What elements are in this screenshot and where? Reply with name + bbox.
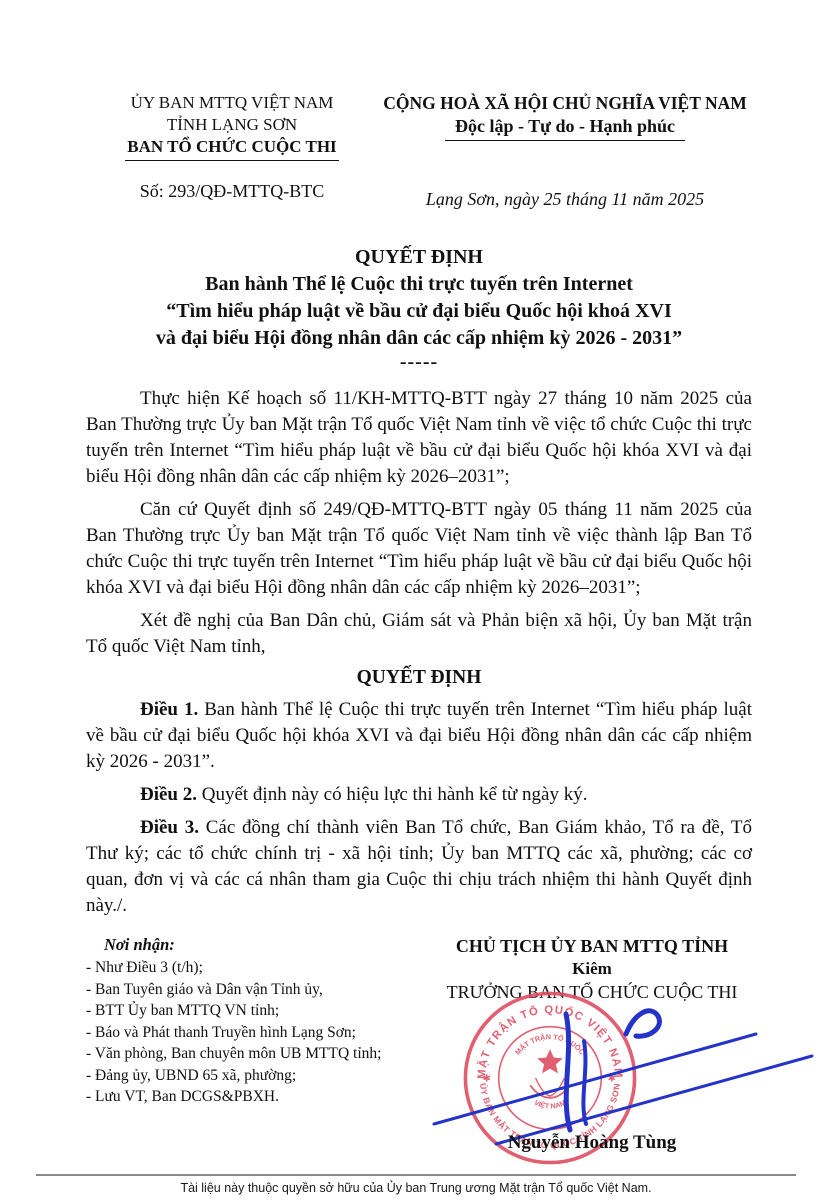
decree-title-heading: QUYẾT ĐỊNH: [86, 244, 752, 271]
title-separator: -----: [86, 352, 752, 372]
recipients-block: Nơi nhận: - Như Điều 3 (t/h); - Ban Tuyê…: [86, 935, 432, 1154]
recipient-item: - Ban Tuyên giáo và Dân vận Tỉnh ủy,: [86, 979, 432, 1001]
article-2-label: Điều 2.: [140, 784, 197, 805]
article-1: Điều 1. Ban hành Thể lệ Cuộc thi trực tu…: [86, 697, 752, 775]
recipient-item: - Văn phòng, Ban chuyên môn UB MTTQ tỉnh…: [86, 1043, 432, 1065]
page-footer: Tài liệu này thuộc quyền sở hữu của Ủy b…: [0, 1174, 832, 1200]
national-motto-block: CỘNG HOÀ XÃ HỘI CHỦ NGHĨA VIỆT NAM Độc l…: [378, 92, 752, 161]
number-date-row: Số: 293/QĐ-MTTQ-BTC Lạng Sơn, ngày 25 th…: [86, 181, 752, 210]
article-3-label: Điều 3.: [140, 817, 199, 838]
national-motto: Độc lập - Tự do - Hạnh phúc: [445, 115, 685, 141]
issuing-agency-block: ỦY BAN MTTQ VIỆT NAM TỈNH LẠNG SƠN BAN T…: [86, 92, 378, 161]
place-date-line: Lạng Sơn, ngày 25 tháng 11 năm 2025: [378, 189, 752, 210]
preamble-paragraph: Thực hiện Kế hoạch số 11/KH-MTTQ-BTT ngà…: [86, 386, 752, 490]
preamble-paragraph: Xét đề nghị của Ban Dân chủ, Giám sát và…: [86, 608, 752, 660]
signer-name: Nguyễn Hoàng Tùng: [432, 1132, 752, 1154]
footer-divider: [36, 1174, 796, 1176]
article-2: Điều 2. Quyết định này có hiệu lực thi h…: [86, 782, 752, 808]
signer-title-2: Kiêm: [432, 958, 752, 980]
decree-title: QUYẾT ĐỊNH Ban hành Thể lệ Cuộc thi trực…: [86, 244, 752, 372]
decree-body: Thực hiện Kế hoạch số 11/KH-MTTQ-BTT ngà…: [86, 386, 752, 919]
agency-line-3: BAN TỔ CHỨC CUỘC THI: [125, 136, 338, 161]
stamp-and-signature-area: MẶT TRẬN TỔ QUỐC VIỆT NAM ỦY BAN MẶT TRẬ…: [432, 1004, 752, 1132]
recipient-item: - BTT Ủy ban MTTQ VN tỉnh;: [86, 1000, 432, 1022]
footer-columns: Nơi nhận: - Như Điều 3 (t/h); - Ban Tuyê…: [86, 935, 752, 1154]
recipient-item: - Đảng ủy, UBND 65 xã, phường;: [86, 1065, 432, 1087]
document-page: ỦY BAN MTTQ VIỆT NAM TỈNH LẠNG SƠN BAN T…: [0, 0, 832, 1200]
recipient-item: - Lưu VT, Ban DCGS&PBXH.: [86, 1086, 432, 1108]
recipient-item: - Như Điều 3 (t/h);: [86, 957, 432, 979]
preamble-paragraph: Căn cứ Quyết định số 249/QĐ-MTTQ-BTT ngà…: [86, 497, 752, 601]
signature-block: CHỦ TỊCH ỦY BAN MTTQ TỈNH Kiêm TRƯỞNG BA…: [432, 935, 752, 1154]
decree-document: ỦY BAN MTTQ VIỆT NAM TỈNH LẠNG SƠN BAN T…: [0, 0, 832, 1154]
document-number: Số: 293/QĐ-MTTQ-BTC: [86, 181, 378, 210]
decision-heading: QUYẾT ĐỊNH: [86, 667, 752, 689]
national-title: CỘNG HOÀ XÃ HỘI CHỦ NGHĨA VIỆT NAM: [378, 92, 752, 115]
signer-title-1: CHỦ TỊCH ỦY BAN MTTQ TỈNH: [432, 935, 752, 958]
agency-line-2: TỈNH LẠNG SƠN: [86, 114, 378, 136]
decree-title-line-2: “Tìm hiểu pháp luật về bầu cử đại biểu Q…: [86, 298, 752, 325]
decree-title-line-3: và đại biểu Hội đồng nhân dân các cấp nh…: [86, 325, 752, 352]
recipient-item: - Báo và Phát thanh Truyền hình Lạng Sơn…: [86, 1022, 432, 1044]
document-header: ỦY BAN MTTQ VIỆT NAM TỈNH LẠNG SƠN BAN T…: [86, 92, 752, 161]
article-1-label: Điều 1.: [140, 699, 198, 720]
decree-title-line-1: Ban hành Thể lệ Cuộc thi trực tuyến trên…: [86, 271, 752, 298]
article-3: Điều 3. Các đồng chí thành viên Ban Tổ c…: [86, 815, 752, 919]
recipients-heading: Nơi nhận:: [104, 935, 432, 955]
footer-note: Tài liệu này thuộc quyền sở hữu của Ủy b…: [0, 1181, 832, 1200]
article-2-text: Quyết định này có hiệu lực thi hành kể t…: [197, 784, 587, 805]
agency-line-1: ỦY BAN MTTQ VIỆT NAM: [86, 92, 378, 114]
